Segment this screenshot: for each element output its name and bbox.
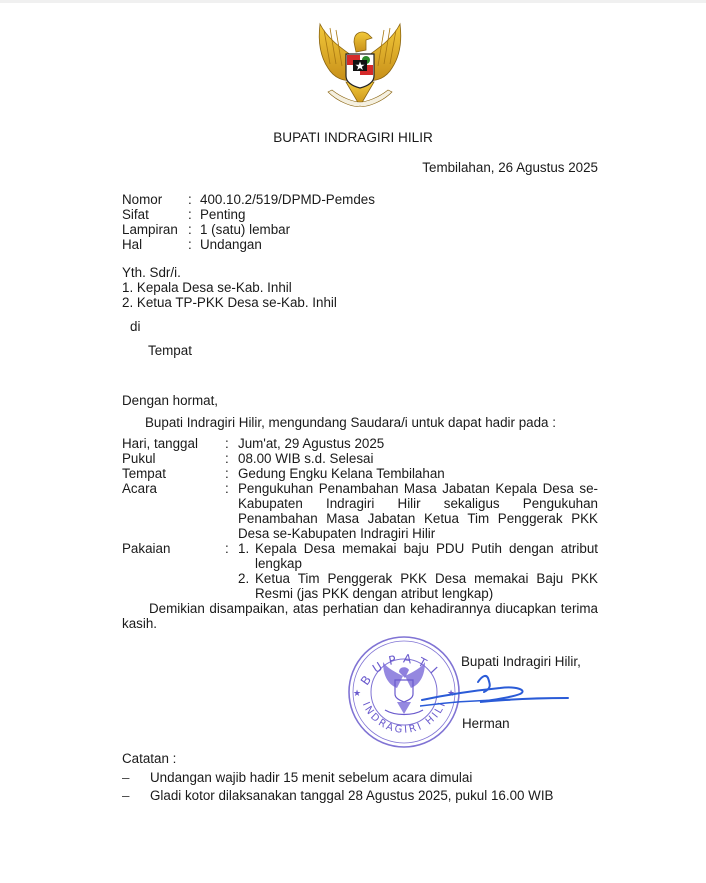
addressee-di: di	[130, 319, 140, 334]
colon: :	[225, 481, 238, 541]
meta-value: 1 (satu) lembar	[200, 222, 290, 237]
detail-label: Hari, tanggal	[122, 436, 225, 451]
greeting: Dengan hormat,	[122, 393, 218, 408]
note-item: –Undangan wajib hadir 15 menit sebelum a…	[122, 770, 553, 788]
colon: :	[225, 436, 238, 451]
colon: :	[225, 466, 238, 481]
addressee-place: Tempat	[148, 343, 192, 358]
dash-bullet: –	[122, 770, 150, 788]
place-date: Tembilahan, 26 Agustus 2025	[422, 160, 598, 175]
meta-label: Sifat	[122, 207, 188, 222]
note-text: Undangan wajib hadir 15 menit sebelum ac…	[150, 770, 472, 788]
detail-row-attire: Pakaian: 1.Kepala Desa memakai baju PDU …	[122, 541, 598, 601]
colon: :	[225, 451, 238, 466]
meta-value: Undangan	[200, 237, 262, 252]
meta-label: Hal	[122, 237, 188, 252]
signatory-title: Bupati Indragiri Hilir,	[461, 654, 581, 669]
meta-label: Lampiran	[122, 222, 188, 237]
detail-row-venue: Tempat:Gedung Engku Kelana Tembilahan	[122, 466, 598, 481]
detail-value: Gedung Engku Kelana Tembilahan	[238, 466, 598, 481]
colon: :	[225, 541, 238, 601]
meta-value: Penting	[200, 207, 245, 222]
letter-meta: Nomor:400.10.2/519/DPMD-Pemdes Sifat:Pen…	[122, 192, 375, 252]
colon: :	[188, 222, 200, 237]
meta-label: Nomor	[122, 192, 188, 207]
detail-value: Pengukuhan Penambahan Masa Jabatan Kepal…	[238, 481, 598, 541]
signatory-name: Herman	[462, 716, 510, 731]
salutation: Yth. Sdr/i.	[122, 265, 337, 280]
attire-text: Kepala Desa memakai baju PDU Putih denga…	[255, 541, 598, 571]
detail-label: Pukul	[122, 451, 225, 466]
detail-label: Tempat	[122, 466, 225, 481]
meta-row-lampiran: Lampiran:1 (satu) lembar	[122, 222, 375, 237]
detail-row-time: Pukul:08.00 WIB s.d. Selesai	[122, 451, 598, 466]
dash-bullet: –	[122, 788, 150, 806]
garuda-emblem-icon	[314, 20, 406, 116]
detail-row-date: Hari, tanggal:Jum'at, 29 Agustus 2025	[122, 436, 598, 451]
intro-text: Bupati Indragiri Hilir, mengundang Sauda…	[145, 415, 556, 430]
meta-row-hal: Hal:Undangan	[122, 237, 375, 252]
closing-text: Demikian disampaikan, atas perhatian dan…	[122, 601, 598, 631]
notes-title: Catatan :	[122, 751, 176, 766]
colon: :	[188, 207, 200, 222]
svg-text:★: ★	[353, 688, 361, 698]
detail-label: Pakaian	[122, 541, 225, 601]
detail-row-event: Acara:Pengukuhan Penambahan Masa Jabatan…	[122, 481, 598, 541]
attire-num: 2.	[238, 571, 255, 601]
notes-list: –Undangan wajib hadir 15 menit sebelum a…	[122, 770, 553, 806]
recipient: 2. Ketua TP-PKK Desa se-Kab. Inhil	[122, 295, 337, 310]
meta-value: 400.10.2/519/DPMD-Pemdes	[200, 192, 375, 207]
letterhead-title: BUPATI INDRAGIRI HILIR	[0, 130, 706, 145]
addressee: Yth. Sdr/i. 1. Kepala Desa se-Kab. Inhil…	[122, 265, 337, 310]
attire-list: 1.Kepala Desa memakai baju PDU Putih den…	[238, 541, 598, 601]
meta-row-nomor: Nomor:400.10.2/519/DPMD-Pemdes	[122, 192, 375, 207]
detail-value: 08.00 WIB s.d. Selesai	[238, 451, 598, 466]
attire-num: 1.	[238, 541, 255, 571]
note-item: –Gladi kotor dilaksanakan tanggal 28 Agu…	[122, 788, 553, 806]
detail-value: Jum'at, 29 Agustus 2025	[238, 436, 598, 451]
attire-text: Ketua Tim Penggerak PKK Desa memakai Baj…	[255, 571, 598, 601]
meta-row-sifat: Sifat:Penting	[122, 207, 375, 222]
event-details: Hari, tanggal:Jum'at, 29 Agustus 2025 Pu…	[122, 436, 598, 601]
top-bar	[0, 0, 706, 3]
note-text: Gladi kotor dilaksanakan tanggal 28 Agus…	[150, 788, 553, 806]
recipient: 1. Kepala Desa se-Kab. Inhil	[122, 280, 337, 295]
colon: :	[188, 237, 200, 252]
detail-label: Acara	[122, 481, 225, 541]
handwritten-signature-icon	[420, 672, 570, 712]
attire-item: 1.Kepala Desa memakai baju PDU Putih den…	[238, 541, 598, 571]
attire-item: 2.Ketua Tim Penggerak PKK Desa memakai B…	[238, 571, 598, 601]
colon: :	[188, 192, 200, 207]
